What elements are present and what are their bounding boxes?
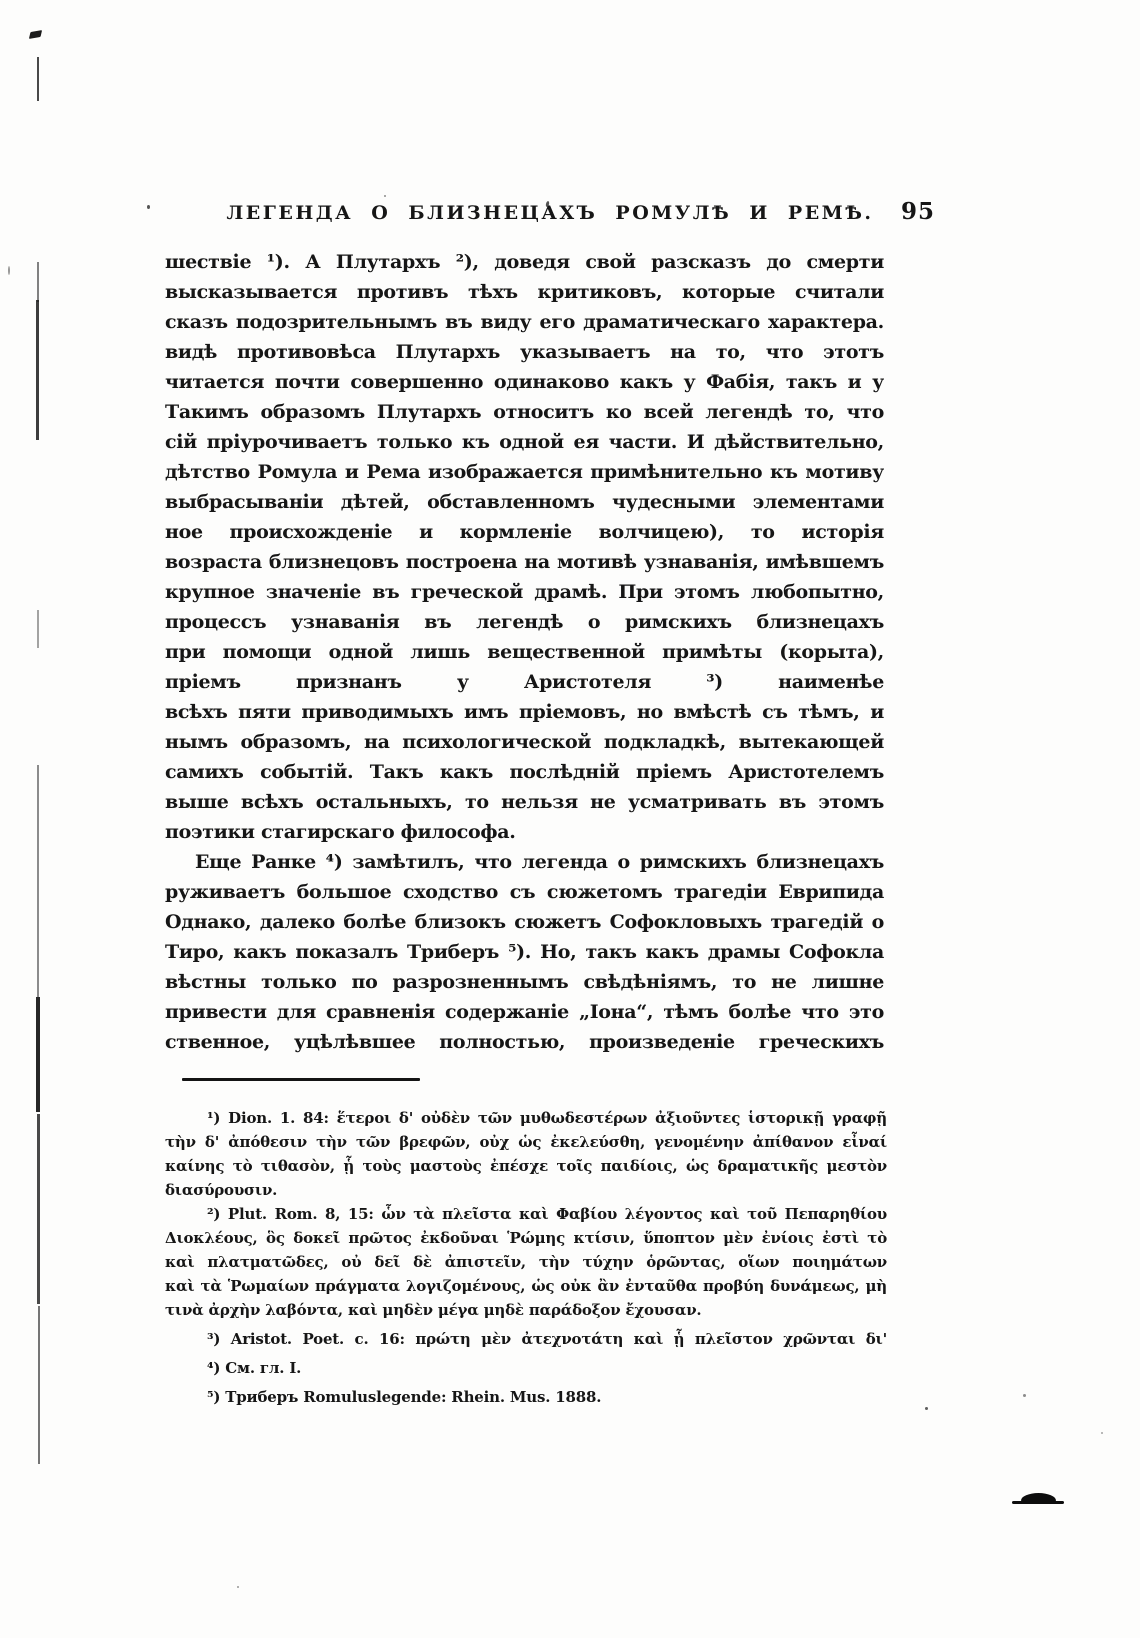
scan-artifact-edge-line	[37, 262, 39, 302]
footnote-item: ⁵) Триберъ Romuluslegende: Rhein. Mus. 1…	[165, 1385, 887, 1409]
text-line: Διοκλέους, ὃς δοκεῖ πρῶτος ἐκδοῦναι Ῥώμη…	[165, 1226, 887, 1250]
text-line: καίνης τὸ τιθασὸν, ᾗ τοὺς μαστοὺς ἐπέσχε…	[165, 1154, 887, 1178]
scan-artifact-edge-line	[38, 1306, 40, 1464]
text-line: видѣ противовѣса Плутархъ указываетъ на …	[165, 337, 884, 367]
text-line: нымъ образомъ, на психологической подкла…	[165, 727, 884, 757]
text-line: поэтики стагирскаго философа.	[165, 817, 884, 847]
footnote-item: ⁴) См. гл. I.	[165, 1356, 887, 1380]
text-line: возраста близнецовъ построена на мотивѣ …	[165, 547, 884, 577]
page-number: 95	[901, 198, 935, 225]
scanned-book-page: ЛЕГЕНДА О БЛИЗНЕЦАХЪ РОМУЛѢ И РЕМѢ. 95 ш…	[0, 0, 1140, 1638]
running-title: ЛЕГЕНДА О БЛИЗНЕЦАХЪ РОМУЛѢ И РЕМѢ.	[190, 202, 910, 224]
text-line: высказывается противъ тѣхъ критиковъ, ко…	[165, 277, 884, 307]
footnote-item: ³) Aristot. Poet. c. 16: πρώτη μὲν ἀτεχν…	[165, 1327, 887, 1351]
scan-artifact-edge-line	[37, 57, 39, 101]
text-line: сказъ подозрительнымъ въ виду его драмат…	[165, 307, 884, 337]
scan-artifact-speck	[1023, 1394, 1026, 1397]
text-line: дѣтство Ромула и Рема изображается примѣ…	[165, 457, 884, 487]
text-line: Тиро, какъ показалъ Триберъ ⁵). Но, такъ…	[165, 937, 884, 967]
text-line: шествіе ¹). А Плутархъ ²), доведя свой р…	[165, 247, 884, 277]
text-line: при помощи одной лишь вещественной примѣ…	[165, 637, 884, 667]
scan-artifact-speck	[147, 205, 150, 209]
text-line: руживаетъ большое сходство съ сюжетомъ т…	[165, 877, 884, 907]
text-line: τὴν δ' ἀπόθεσιν τὴν τῶν βρεφῶν, οὐχ ὡς ἐ…	[165, 1130, 887, 1154]
footnote-separator-rule	[182, 1078, 420, 1081]
text-line: сій пріурочиваетъ только къ одной ея час…	[165, 427, 884, 457]
scan-artifact-speck	[1101, 1432, 1103, 1434]
text-line: крупное значеніе въ греческой драмѣ. При…	[165, 577, 884, 607]
text-line: ⁴) См. гл. I.	[165, 1356, 887, 1380]
scan-artifact-edge-line	[37, 1114, 40, 1304]
text-line: ственное, уцѣлѣвшее полностью, произведе…	[165, 1027, 884, 1057]
scan-artifact-corner-mark	[29, 30, 42, 39]
footnotes-block: ¹) Dion. 1. 84: ἕτεροι δ' οὐδὲν τῶν μυθω…	[165, 1106, 887, 1409]
text-line: ⁵) Триберъ Romuluslegende: Rhein. Mus. 1…	[165, 1385, 887, 1409]
text-line: ²) Plut. Rom. 8, 15: ὧν τὰ πλεῖστα καὶ Φ…	[165, 1202, 887, 1226]
text-line: выбрасываніи дѣтей, обставленномъ чудесн…	[165, 487, 884, 517]
scan-artifact-smudge	[1021, 1493, 1056, 1502]
scan-artifact-speck	[384, 195, 386, 197]
text-line: привести для сравненія содержаніе „Іона“…	[165, 997, 884, 1027]
scan-artifact-edge-line	[36, 300, 39, 440]
text-line: τινὰ ἀρχὴν λαβόντα, καὶ μηδὲν μέγα μηδὲ …	[165, 1298, 887, 1322]
text-line: ¹) Dion. 1. 84: ἕτεροι δ' οὐδὲν τῶν μυθω…	[165, 1106, 887, 1130]
text-line: вѣстны только по разрозненнымъ свѣдѣніям…	[165, 967, 884, 997]
scan-artifact-speck	[237, 1586, 239, 1588]
scan-artifact-edge-line	[37, 610, 39, 648]
scan-artifact-speck	[925, 1407, 928, 1410]
footnote-item: ²) Plut. Rom. 8, 15: ὧν τὰ πλεῖστα καὶ Φ…	[165, 1202, 887, 1322]
scan-artifact-speck	[8, 266, 10, 275]
text-line: καὶ πλατματῶδες, οὐ δεῖ δὲ ἀπιστεῖν, τὴν…	[165, 1250, 887, 1274]
text-line: Однако, далеко болѣе близокъ сюжетъ Софо…	[165, 907, 884, 937]
text-line: пріемъ признанъ у Аристотеля ³) наименѣе…	[165, 667, 884, 697]
text-line: выше всѣхъ остальныхъ, то нельзя не усма…	[165, 787, 884, 817]
text-line: καὶ τὰ Ῥωμαίων πράγματα λογιζομένους, ὡς…	[165, 1274, 887, 1298]
text-line: Такимъ образомъ Плутархъ относитъ ко все…	[165, 397, 884, 427]
text-line: всѣхъ пяти приводимыхъ имъ пріемовъ, но …	[165, 697, 884, 727]
text-line: процессъ узнаванія въ легендѣ о римскихъ…	[165, 607, 884, 637]
scan-artifact-edge-line	[36, 997, 40, 1112]
body-paragraph: Еще Ранке ⁴) замѣтилъ, что легенда о рим…	[165, 847, 884, 1057]
text-line: ное происхожденіе и кормленіе волчицею),…	[165, 517, 884, 547]
text-line: ³) Aristot. Poet. c. 16: πρώτη μὲν ἀτεχν…	[165, 1327, 887, 1351]
scan-artifact-edge-line	[37, 765, 39, 997]
text-line: читается почти совершенно одинаково какъ…	[165, 367, 884, 397]
body-paragraph: шествіе ¹). А Плутархъ ²), доведя свой р…	[165, 247, 884, 847]
footnote-item: ¹) Dion. 1. 84: ἕτεροι δ' οὐδὲν τῶν μυθω…	[165, 1106, 887, 1202]
text-line: самихъ событій. Такъ какъ послѣдній пріе…	[165, 757, 884, 787]
text-line: διασύρουσιν.	[165, 1178, 887, 1202]
text-line: Еще Ранке ⁴) замѣтилъ, что легенда о рим…	[165, 847, 884, 877]
body-text: шествіе ¹). А Плутархъ ²), доведя свой р…	[165, 247, 884, 1057]
